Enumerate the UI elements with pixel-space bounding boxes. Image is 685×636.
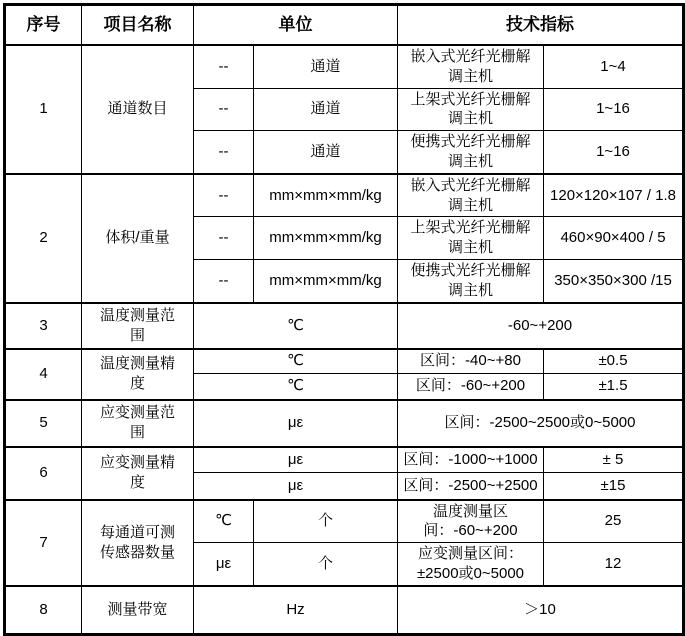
cell-seq: 1 — [5, 45, 82, 174]
cell-spec-value: ±15 — [544, 473, 684, 500]
cell-spec-condition: 区间：-2500~+2500 — [398, 473, 544, 500]
cell-seq: 2 — [5, 174, 82, 303]
table-row: 5应变测量范 围με区间：-2500~2500或0~5000 — [5, 400, 684, 447]
cell-seq: 8 — [5, 586, 82, 635]
cell-unit: mm×mm×mm/kg — [254, 217, 398, 260]
table-row: 6应变测量精 度με区间：-1000~+1000± 5 — [5, 447, 684, 473]
cell-unit: mm×mm×mm/kg — [254, 259, 398, 302]
spec-table: 序号 项目名称 单位 技术指标 1通道数目--通道嵌入式光纤光栅解 调主机1~4… — [3, 3, 685, 636]
cell-unit-prefix: ℃ — [194, 500, 254, 543]
cell-unit: 个 — [254, 543, 398, 586]
cell-item-name: 体积/重量 — [82, 174, 194, 303]
header-tech-spec: 技术指标 — [398, 5, 684, 46]
cell-seq: 5 — [5, 400, 82, 447]
cell-item-name: 每通道可测 传感器数量 — [82, 500, 194, 586]
cell-unit-prefix: -- — [194, 217, 254, 260]
table-row: 8测量带宽Hz＞10 — [5, 586, 684, 635]
cell-spec-value: 350×350×300 /15 — [544, 259, 684, 302]
cell-unit: ℃ — [194, 303, 398, 349]
cell-spec-condition: 便携式光纤光栅解 调主机 — [398, 259, 544, 302]
cell-spec-condition: 区间：-1000~+1000 — [398, 447, 544, 473]
cell-spec-value: 460×90×400 / 5 — [544, 217, 684, 260]
cell-spec-condition: 嵌入式光纤光栅解 调主机 — [398, 174, 544, 217]
cell-item-name: 温度测量精 度 — [82, 349, 194, 400]
cell-item-name: 应变测量范 围 — [82, 400, 194, 447]
cell-spec-value: -60~+200 — [398, 303, 684, 349]
cell-unit: Hz — [194, 586, 398, 635]
cell-spec-value: ±0.5 — [544, 349, 684, 374]
cell-spec-value: ＞10 — [398, 586, 684, 635]
cell-spec-value: 1~16 — [544, 131, 684, 174]
cell-spec-value: 区间：-2500~2500或0~5000 — [398, 400, 684, 447]
cell-spec-condition: 嵌入式光纤光栅解 调主机 — [398, 45, 544, 88]
cell-spec-value: 1~16 — [544, 88, 684, 131]
cell-seq: 7 — [5, 500, 82, 586]
cell-unit: ℃ — [194, 349, 398, 374]
cell-seq: 3 — [5, 303, 82, 349]
cell-unit-prefix: με — [194, 543, 254, 586]
cell-item-name: 通道数目 — [82, 45, 194, 174]
header-unit: 单位 — [194, 5, 398, 46]
cell-spec-condition: 温度测量区 间：-60~+200 — [398, 500, 544, 543]
cell-spec-condition: 应变测量区间： ±2500或0~5000 — [398, 543, 544, 586]
cell-item-name: 应变测量精 度 — [82, 447, 194, 500]
table-row: 4温度测量精 度℃区间：-40~+80±0.5 — [5, 349, 684, 374]
table-row: 2体积/重量--mm×mm×mm/kg嵌入式光纤光栅解 调主机120×120×1… — [5, 174, 684, 217]
cell-unit: mm×mm×mm/kg — [254, 174, 398, 217]
cell-spec-value: 12 — [544, 543, 684, 586]
cell-unit-prefix: -- — [194, 88, 254, 131]
cell-unit: ℃ — [194, 374, 398, 400]
table-row: 3温度测量范 围℃-60~+200 — [5, 303, 684, 349]
table-row: 7每通道可测 传感器数量℃个温度测量区 间：-60~+20025 — [5, 500, 684, 543]
cell-spec-condition: 上架式光纤光栅解 调主机 — [398, 88, 544, 131]
cell-seq: 6 — [5, 447, 82, 500]
cell-unit: 个 — [254, 500, 398, 543]
cell-spec-value: ±1.5 — [544, 374, 684, 400]
cell-spec-condition: 区间：-40~+80 — [398, 349, 544, 374]
header-item-name: 项目名称 — [82, 5, 194, 46]
header-row: 序号 项目名称 单位 技术指标 — [5, 5, 684, 46]
spec-table-header: 序号 项目名称 单位 技术指标 — [5, 5, 684, 46]
cell-unit: 通道 — [254, 131, 398, 174]
cell-spec-condition: 区间：-60~+200 — [398, 374, 544, 400]
cell-spec-value: 120×120×107 / 1.8 — [544, 174, 684, 217]
cell-unit: με — [194, 447, 398, 473]
header-seq: 序号 — [5, 5, 82, 46]
cell-spec-value: 25 — [544, 500, 684, 543]
cell-item-name: 测量带宽 — [82, 586, 194, 635]
cell-unit-prefix: -- — [194, 131, 254, 174]
cell-unit: με — [194, 473, 398, 500]
cell-spec-condition: 上架式光纤光栅解 调主机 — [398, 217, 544, 260]
cell-unit-prefix: -- — [194, 45, 254, 88]
spec-table-body: 1通道数目--通道嵌入式光纤光栅解 调主机1~4--通道上架式光纤光栅解 调主机… — [5, 45, 684, 635]
table-row: 1通道数目--通道嵌入式光纤光栅解 调主机1~4 — [5, 45, 684, 88]
cell-spec-value: 1~4 — [544, 45, 684, 88]
cell-unit-prefix: -- — [194, 259, 254, 302]
cell-spec-condition: 便携式光纤光栅解 调主机 — [398, 131, 544, 174]
cell-item-name: 温度测量范 围 — [82, 303, 194, 349]
cell-seq: 4 — [5, 349, 82, 400]
cell-spec-value: ± 5 — [544, 447, 684, 473]
spec-sheet: 序号 项目名称 单位 技术指标 1通道数目--通道嵌入式光纤光栅解 调主机1~4… — [0, 0, 685, 621]
cell-unit-prefix: -- — [194, 174, 254, 217]
cell-unit: 通道 — [254, 45, 398, 88]
cell-unit: 通道 — [254, 88, 398, 131]
cell-unit: με — [194, 400, 398, 447]
